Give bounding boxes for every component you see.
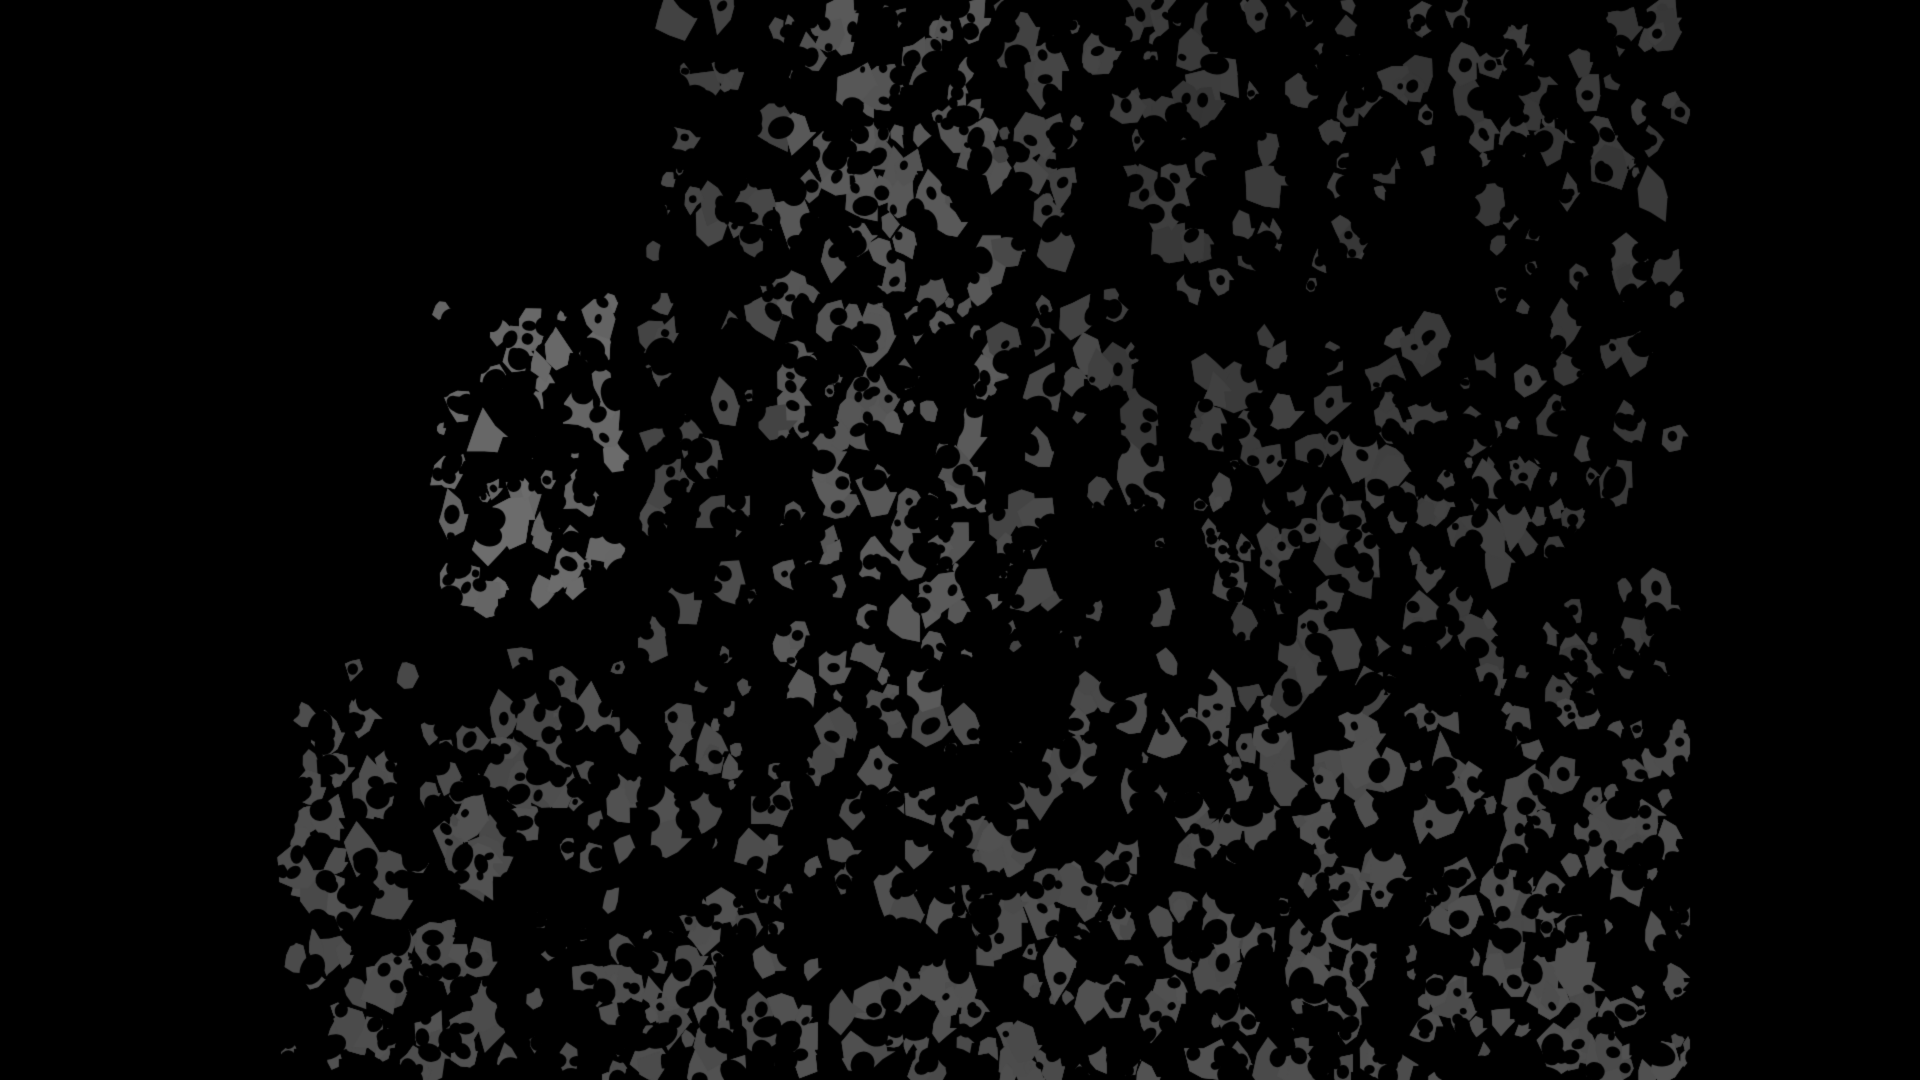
depth-map-image — [0, 0, 1920, 1080]
